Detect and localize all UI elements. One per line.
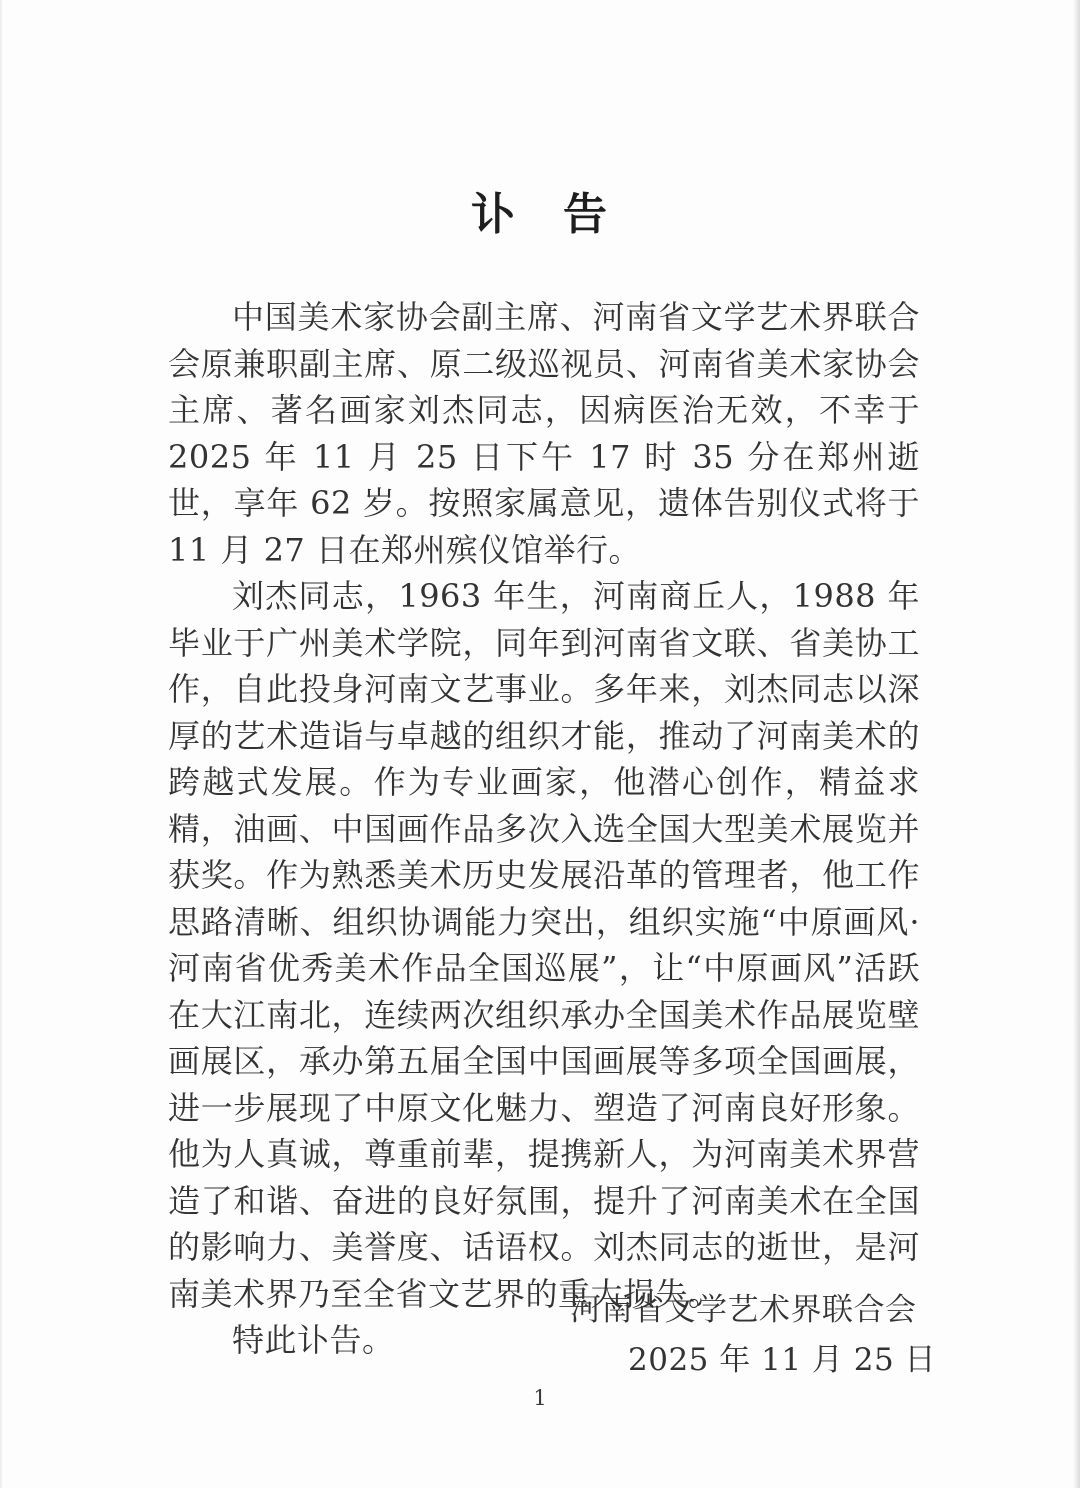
paragraph-biography: 刘杰同志，1963 年生，河南商丘人，1988 年毕业于广州美术学院，同年到河南…	[168, 573, 920, 1317]
document-title: 讣 告	[0, 178, 1080, 242]
document-body: 中国美术家协会副主席、河南省文学艺术界联合会原兼职副主席、原二级巡视员、河南省美…	[168, 294, 920, 1364]
signature-organization: 河南省文学艺术界联合会	[570, 1284, 917, 1329]
paragraph-death-notice: 中国美术家协会副主席、河南省文学艺术界联合会原兼职副主席、原二级巡视员、河南省美…	[168, 294, 920, 573]
signature-date: 2025 年 11 月 25 日	[628, 1334, 936, 1379]
obituary-document-page: 讣 告 中国美术家协会副主席、河南省文学艺术界联合会原兼职副主席、原二级巡视员、…	[0, 0, 1080, 1488]
page-number: 1	[530, 1386, 550, 1410]
